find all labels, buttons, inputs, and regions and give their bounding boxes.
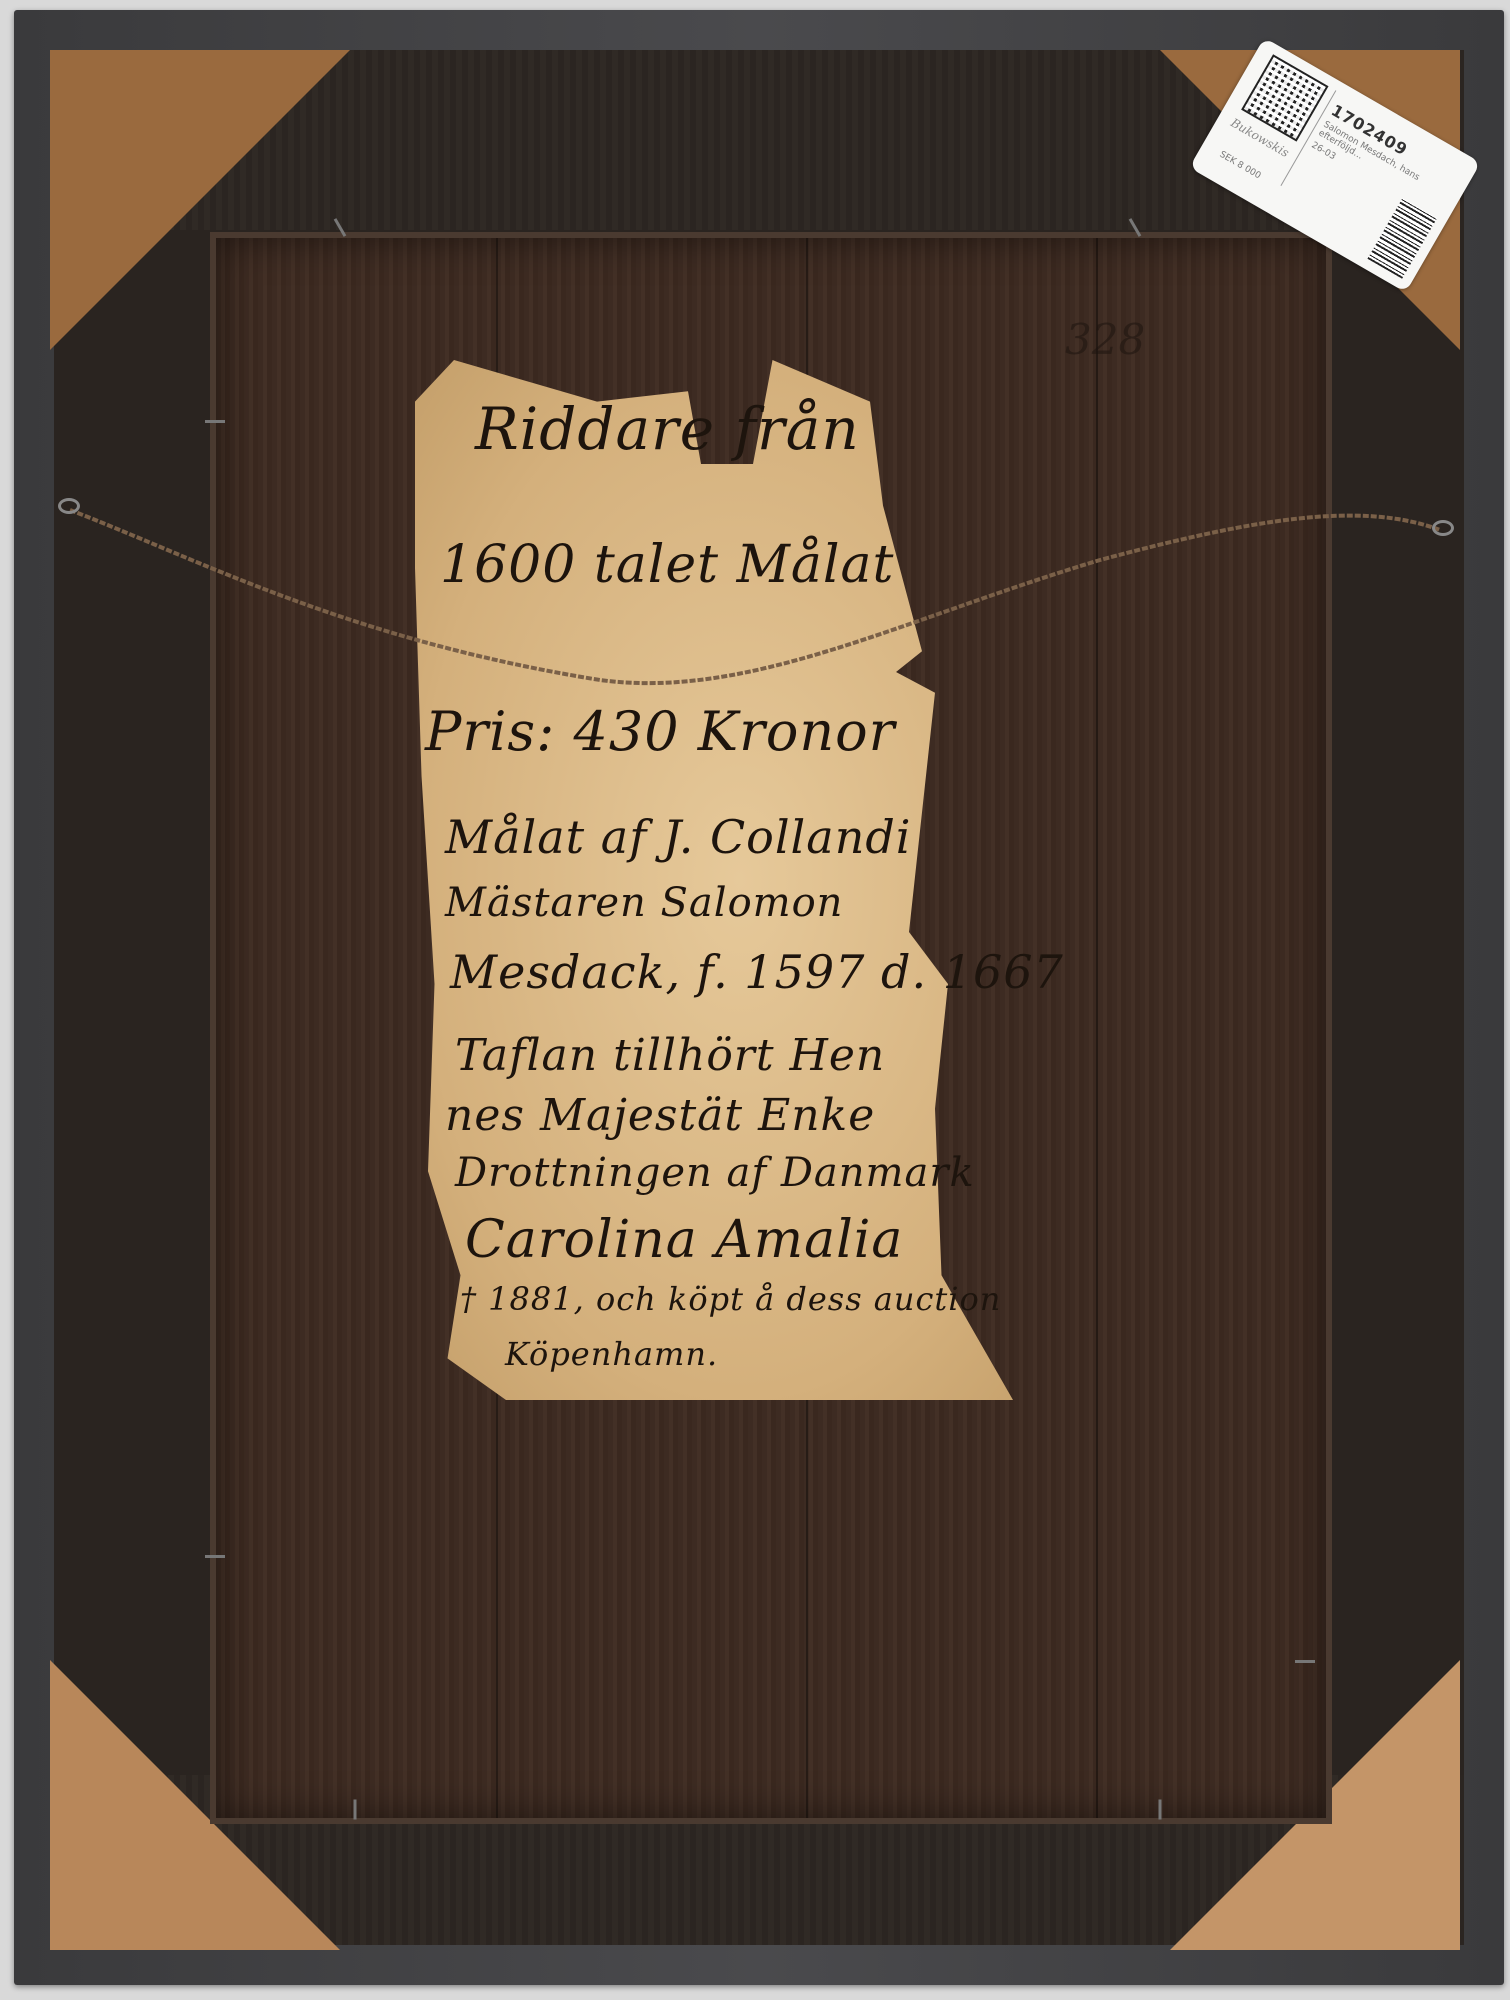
wire-hook-left bbox=[58, 498, 80, 514]
wire-hook-right bbox=[1432, 520, 1454, 536]
hanging-wire bbox=[0, 0, 1510, 2000]
lot-estimate: SEK 8 000 bbox=[1218, 150, 1263, 182]
